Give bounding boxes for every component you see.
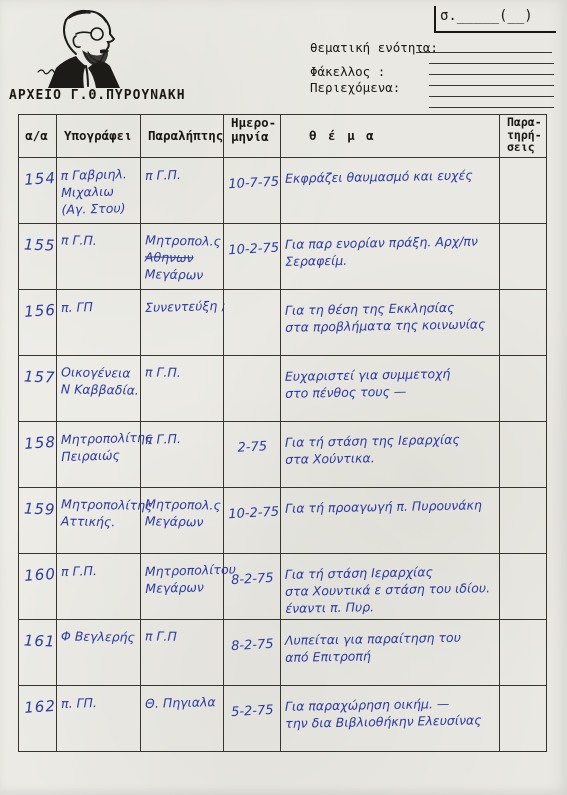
signer-cell: π Γ.Π. (61, 226, 136, 250)
entry-number: 155 (23, 226, 53, 255)
table-body: 154 π Γαβριηλ.Μιχαλιω(Αγ. Στου) π Γ.Π. 1… (19, 157, 547, 751)
recipient-line: Μητροπολ.ς (145, 496, 219, 514)
remarks-cell (500, 553, 547, 619)
remarks-cell (500, 157, 547, 223)
subject-cell: Λυπείται για παραίτηση τουαπό Επιτροπή (285, 621, 496, 666)
table-row: 160 π Γ.Π. ΜητροπολίτουΜεγάρων 8-2-75 Γι… (19, 553, 547, 619)
subject-line: Για τή προαγωγή π. Πυρουνάκη (285, 497, 495, 518)
header-recipient: Παραλήπτης (141, 115, 224, 158)
remarks-cell (500, 289, 547, 355)
blank-line (429, 107, 554, 108)
folder-label: Φάκελλος : (310, 64, 385, 79)
index-table: α/α Υπογράφει Παραλήπτης Ημερο- μηνία θ … (18, 114, 547, 752)
signer-cell: π Γ.Π. (61, 556, 137, 581)
signer-line: Αττικής. (61, 513, 136, 531)
recipient-line: Μεγάρων (145, 513, 219, 531)
signer-line: π Γαβριηλ. (60, 166, 135, 185)
subject-line: την δια Βιβλιοθήκην Ελευσίνας (285, 712, 495, 733)
signer-cell: ΜητροπολίτηςΠειραιώς (60, 424, 136, 466)
remarks-cell (500, 619, 547, 685)
table-row: 162 π. ΓΠ. Θ. Πηγιαλα 5-2-75 Για παραχώρ… (19, 685, 547, 751)
recipient-line: π Γ.Π. (145, 430, 219, 449)
signer-line: Μητροπολίτης (61, 430, 136, 449)
signer-line: π. ΓΠ. (61, 694, 136, 713)
recipient-cell: π Γ.Π (145, 622, 219, 646)
recipient-cell: Θ. Πηγιαλα (145, 688, 220, 713)
header-date: Ημερο- μηνία (224, 115, 281, 158)
subject-cell: Εκφράζει θαυμασμό και ευχές (285, 159, 495, 188)
entry-number: 159 (23, 490, 53, 519)
date-cell: 8-2-75 (227, 556, 277, 590)
recipient-line: Θ. Πηγιαλα (145, 694, 219, 713)
signer-cell: π Γαβριηλ.Μιχαλιω(Αγ. Στου) (60, 160, 136, 219)
table-row: 157 ΟικογένειαΝ Καββαδία. π Γ.Π. Ευχαρισ… (19, 355, 547, 421)
entry-number: 160 (22, 556, 53, 586)
signer-line: π. ΓΠ (61, 298, 136, 317)
recipient-cell: Μητροπολ.ςΑθηνωνΜεγάρων (145, 226, 220, 284)
table-row: 155 π Γ.Π. Μητροπολ.ςΑθηνωνΜεγάρων 10-2-… (19, 223, 547, 289)
recipient-line: Μητροπολίτου (145, 562, 219, 581)
blank-line (429, 96, 554, 97)
table-row: 158 ΜητροπολίτηςΠειραιώς π Γ.Π. 2-75 Για… (19, 421, 547, 487)
signer-line: Μητροπολίτης (61, 496, 136, 514)
subject-cell: Για παρ ενορίαν πράξη. Αρχ/πνΣεραφείμ. (285, 225, 496, 270)
signer-line: Οικογένεια (61, 364, 136, 382)
table-header-row: α/α Υπογράφει Παραλήπτης Ημερο- μηνία θ … (19, 115, 547, 158)
recipient-line: π Γ.Π. (145, 166, 219, 185)
recipient-cell: π Γ.Π. (145, 358, 219, 382)
recipient-line: Μεγάρων (145, 266, 219, 284)
signer-line: (Αγ. Στου) (61, 200, 136, 219)
subject-line: από Επιτροπή (285, 646, 495, 667)
signer-cell: Φ Βεγλερής (61, 622, 136, 646)
subject-cell: Για τή στάση της Ιεραρχίαςστα Χούντικα. (285, 423, 496, 468)
subject-line: στο πένθος τους — (285, 382, 495, 403)
scanned-archive-index-page: ΑΡΧΕΙΟ Γ.Θ.ΠΥΡΟΥΝΑΚΗ σ._____(__) θεματικ… (0, 0, 567, 795)
header-signer: Υπογράφει (57, 115, 141, 158)
portrait-sketch-icon (24, 6, 136, 90)
recipient-line: Συνεντεύξη ; (145, 298, 219, 317)
signer-line: Φ Βεγλερής (61, 628, 136, 646)
header-num: α/α (19, 115, 57, 158)
signer-line: Ν Καββαδία. (61, 381, 136, 399)
date-cell: 10-2-75 (227, 226, 277, 260)
blank-line (429, 85, 554, 86)
entry-number: 158 (22, 424, 53, 454)
remarks-cell (500, 223, 547, 289)
date-cell: 10-7-75 (227, 160, 277, 194)
subject-cell: Ευχαριστεί για συμμετοχήστο πένθος τους … (285, 357, 496, 402)
date-cell: 5-2-75 (227, 688, 277, 722)
contents-label: Περιεχόμενα: (310, 80, 400, 95)
recipient-cell: Συνεντεύξη ; (145, 292, 220, 317)
recipient-line: Μητροπολ.ς (145, 232, 219, 250)
remarks-cell (500, 487, 547, 553)
remarks-cell (500, 685, 547, 751)
entry-number: 156 (22, 292, 53, 322)
date-cell (228, 292, 277, 308)
header-subject: θ έ μ α (281, 115, 500, 158)
table-row: 154 π Γαβριηλ.Μιχαλιω(Αγ. Στου) π Γ.Π. 1… (19, 157, 547, 223)
recipient-cell: ΜητροπολίτουΜεγάρων (144, 556, 219, 598)
signer-cell: ΟικογένειαΝ Καββαδία. (61, 358, 137, 399)
recipient-cell: π Γ.Π. (145, 424, 220, 449)
recipient-line: Αθηνων (145, 249, 219, 267)
date-cell: 8-2-75 (227, 622, 277, 656)
signer-cell: π. ΓΠ. (61, 688, 137, 713)
subject-line: Σεραφείμ. (285, 250, 495, 271)
page-number-box: σ._____(__) (434, 6, 556, 33)
date-cell: 10-2-75 (227, 490, 277, 524)
bearded-man-sketch (24, 6, 136, 90)
recipient-cell: π Γ.Π. (145, 160, 220, 185)
subject-cell: Για τή προαγωγή π. Πυρουνάκη (285, 489, 495, 518)
date-cell (228, 358, 277, 374)
entry-number: 162 (22, 688, 53, 718)
recipient-line: π Γ.Π. (145, 364, 219, 382)
recipient-line: Μεγάρων (145, 579, 219, 598)
remarks-cell (500, 421, 547, 487)
subject-line: στα Χούντικα. (285, 448, 495, 469)
subject-line: έναντι π. Πυρ. (285, 597, 495, 618)
signer-line: Μιχαλιω (61, 183, 136, 202)
signer-line: π Γ.Π. (61, 562, 136, 581)
header-remarks: Παρα- τηρή- σεις (500, 115, 547, 158)
remarks-cell (500, 355, 547, 421)
signer-line: π Γ.Π. (61, 232, 136, 250)
signer-cell: π. ΓΠ (61, 292, 137, 317)
signer-cell: ΜητροπολίτηςΑττικής. (61, 490, 137, 531)
blank-line (429, 74, 554, 75)
recipient-line: π Γ.Π (145, 628, 219, 646)
date-cell: 2-75 (227, 424, 277, 458)
subject-cell: Για τή στάση Ιεραρχίαςστα Χουντικά ε στά… (285, 555, 496, 617)
blank-line (429, 63, 554, 64)
subject-line: Για παρ ενορίαν πράξη. Αρχ/πν (285, 233, 495, 254)
archive-title: ΑΡΧΕΙΟ Γ.Θ.ΠΥΡΟΥΝΑΚΗ (9, 88, 186, 103)
entry-number: 157 (23, 358, 53, 387)
subject-line: στα Χουντικά ε στάση του ιδίου. (285, 580, 495, 601)
entry-number: 161 (23, 622, 53, 651)
table-row: 159 ΜητροπολίτηςΑττικής. Μητροπολ.ςΜεγάρ… (19, 487, 547, 553)
subject-cell: Για τη θέση της Εκκλησίαςστα προβλήματα … (285, 291, 496, 336)
subject-line: στα προβλήματα της κοινωνίας (285, 316, 495, 337)
table-row: 161 Φ Βεγλερής π Γ.Π 8-2-75 Λυπείται για… (19, 619, 547, 685)
blank-line (416, 52, 552, 53)
entry-number: 154 (22, 160, 53, 190)
subject-line: Εκφράζει θαυμασμό και ευχές (285, 167, 495, 188)
signer-line: Πειραιώς (61, 447, 136, 466)
subject-cell: Για παραχώρηση οικήμ. —την δια Βιβλιοθήκ… (285, 687, 496, 732)
recipient-cell: Μητροπολ.ςΜεγάρων (145, 490, 220, 531)
table-row: 156 π. ΓΠ Συνεντεύξη ; Για τη θέση της Ε… (19, 289, 547, 355)
